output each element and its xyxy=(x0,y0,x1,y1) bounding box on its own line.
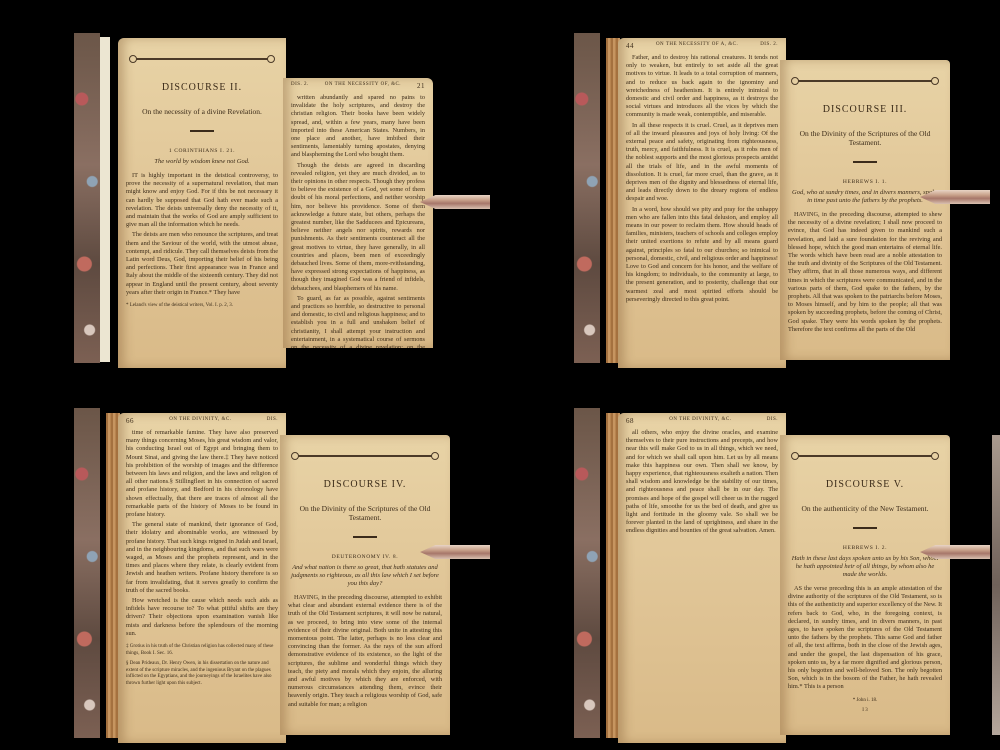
paragraph: written abundantly and spared no pains t… xyxy=(291,94,425,160)
discourse-subtitle: On the Divinity of the Scriptures of the… xyxy=(292,504,438,522)
page-number: 21 xyxy=(417,82,425,90)
running-head-right: Dis. xyxy=(767,417,778,425)
photo-discourse-iii: 44 ON THE NECESSITY OF A, &c. Dis. 2. Fa… xyxy=(500,0,1000,375)
discourse-subtitle: On the Divinity of the Scriptures of the… xyxy=(792,129,938,147)
paragraph: In a word, how should we pity and pray f… xyxy=(626,206,778,304)
photo-discourse-ii: DISCOURSE II. On the necessity of a divi… xyxy=(0,0,500,375)
running-head-center: ON THE DIVINITY, &c. xyxy=(669,417,731,425)
paragraph: The deists are men who renounce the scri… xyxy=(126,231,278,297)
discourse-subtitle: On the necessity of a divine Revelation. xyxy=(130,107,274,116)
running-head: Dis. 2. ON THE NECESSITY OF, &c. 21 xyxy=(283,78,433,92)
discourse-subtitle: On the authenticity of the New Testament… xyxy=(792,504,938,513)
epigraph: The world by wisdom knew not God. xyxy=(128,158,276,166)
ornamental-rule xyxy=(136,58,268,60)
running-head: 44 ON THE NECESSITY OF A, &c. Dis. 2. xyxy=(618,38,786,52)
running-head-right: Dis. 2. xyxy=(760,42,778,50)
body-text: Father, and to destroy his rational crea… xyxy=(618,52,786,308)
page-number: 68 xyxy=(626,417,634,425)
photo-discourse-iv: 66 ON THE DIVINITY, &c. Dis. time of rem… xyxy=(0,375,500,750)
paragraph: all others, who enjoy the divine oracles… xyxy=(626,429,778,536)
running-head-left: Dis. 2. xyxy=(291,82,309,90)
paragraph: To guard, as far as possible, against se… xyxy=(291,295,425,348)
body-text: time of remarkable famine. They have als… xyxy=(118,427,286,642)
epigraph-reference: HEBREWS i. 1. xyxy=(780,179,950,185)
short-rule xyxy=(353,536,377,538)
right-page: DISCOURSE IV. On the Divinity of the Scr… xyxy=(280,435,450,735)
paragraph: Though the deists are agreed in discardi… xyxy=(291,162,425,293)
body-text: written abundantly and spared no pains t… xyxy=(283,92,433,348)
discourse-title: DISCOURSE IV. xyxy=(280,479,450,490)
epigraph: Hath in these last days spoken unto us b… xyxy=(790,555,940,579)
running-head-center: ON THE DIVINITY, &c. xyxy=(169,417,231,425)
ornamental-rule xyxy=(298,455,432,457)
paragraph: Father, and to destroy his rational crea… xyxy=(626,54,778,120)
ornamental-rule xyxy=(798,80,932,82)
footnote: * John i. 18. xyxy=(780,696,950,707)
marbled-cover xyxy=(574,408,600,738)
running-head-right: Dis. xyxy=(267,417,278,425)
epigraph: God, who at sundry times, and in divers … xyxy=(790,189,940,205)
paragraph: HAVING, in the preceding discourse, atte… xyxy=(288,594,442,709)
paragraph: IT is highly important in the deistical … xyxy=(126,172,278,229)
running-head: 68 ON THE DIVINITY, &c. Dis. xyxy=(618,413,786,427)
page-number: 44 xyxy=(626,42,634,50)
short-rule xyxy=(190,130,214,132)
body-text: IT is highly important in the deistical … xyxy=(118,170,286,301)
endpaper xyxy=(100,37,110,362)
marbled-cover xyxy=(74,408,100,738)
running-head-center: ON THE NECESSITY OF A, &c. xyxy=(656,42,738,50)
ornamental-rule xyxy=(798,455,932,457)
body-text: HAVING, in the preceding discourse, atte… xyxy=(780,209,950,338)
photo-discourse-v: 68 ON THE DIVINITY, &c. Dis. all others,… xyxy=(500,375,1000,750)
paragraph: time of remarkable famine. They have als… xyxy=(126,429,278,519)
footnote: § Dean Prideaux, Dr. Henry Owen, in his … xyxy=(118,659,286,689)
epigraph-reference: DEUTERONOMY iv. 8. xyxy=(280,554,450,560)
left-page: 44 ON THE NECESSITY OF A, &c. Dis. 2. Fa… xyxy=(618,38,786,368)
body-text: all others, who enjoy the divine oracles… xyxy=(618,427,786,540)
page-number: 66 xyxy=(126,417,134,425)
right-page: DISCOURSE III. On the Divinity of the Sc… xyxy=(780,60,950,360)
right-page: DISCOURSE V. On the authenticity of the … xyxy=(780,435,950,735)
epigraph-reference: 1 CORINTHIANS i. 21. xyxy=(118,148,286,154)
marbled-cover xyxy=(574,33,600,363)
right-page: Dis. 2. ON THE NECESSITY OF, &c. 21 writ… xyxy=(283,78,433,348)
running-head: 66 ON THE DIVINITY, &c. Dis. xyxy=(118,413,286,427)
discourse-title: DISCOURSE III. xyxy=(780,104,950,115)
paragraph: The general state of mankind, their igno… xyxy=(126,521,278,595)
discourse-title: DISCOURSE II. xyxy=(118,82,286,93)
signature-mark: I 3 xyxy=(780,706,950,717)
paragraph: HAVING, in the preceding discourse, atte… xyxy=(788,211,942,334)
body-text: HAVING, in the preceding discourse, atte… xyxy=(280,592,450,713)
paragraph: In all these respects it is cruel. Cruel… xyxy=(626,122,778,204)
marbled-cover-edge xyxy=(992,435,1000,735)
running-head-center: ON THE NECESSITY OF, &c. xyxy=(325,82,401,90)
short-rule xyxy=(853,527,877,529)
footnote: ‡ Grotius in his truth of the Christian … xyxy=(118,642,286,659)
left-page: 68 ON THE DIVINITY, &c. Dis. all others,… xyxy=(618,413,786,743)
left-page: 66 ON THE DIVINITY, &c. Dis. time of rem… xyxy=(118,413,286,743)
paragraph: How wretched is the cause which needs su… xyxy=(126,597,278,638)
discourse-title: DISCOURSE V. xyxy=(780,479,950,490)
body-text: AS the verse preceding this is an ample … xyxy=(780,583,950,696)
footnote: * Leland's view of the deistical writers… xyxy=(118,301,286,312)
marbled-cover xyxy=(74,33,100,363)
left-page: DISCOURSE II. On the necessity of a divi… xyxy=(118,38,286,368)
epigraph: And what nation is there so great, that … xyxy=(290,564,440,588)
paragraph: AS the verse preceding this is an ample … xyxy=(788,585,942,692)
short-rule xyxy=(853,161,877,163)
